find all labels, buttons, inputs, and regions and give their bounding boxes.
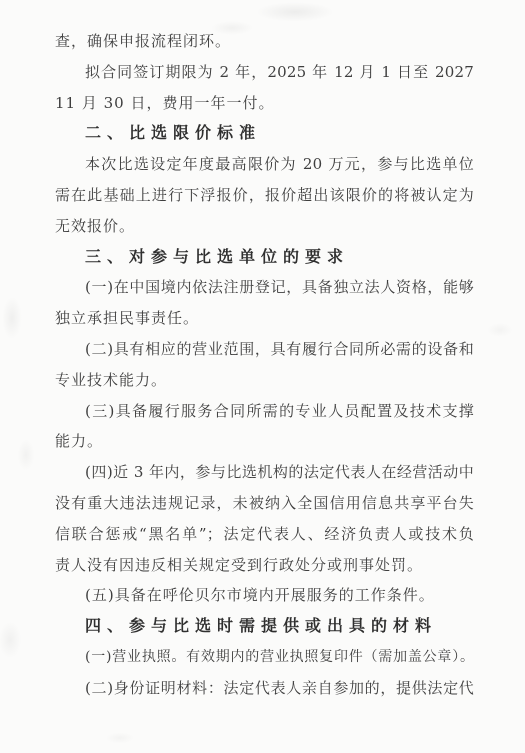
document-text-block: 查，确保申报流程闭环。拟合同签订期限为 2 年，2025 年 12 月 1 日至…: [55, 26, 474, 704]
document-line: (三)具备履行服务合同所需的专业人员配置及技术支撑: [55, 396, 474, 427]
document-line: 需在此基础上进行下浮报价，报价超出该限价的将被认定为: [55, 180, 474, 211]
document-line: (二)身份证明材料：法定代表人亲自参加的，提供法定代: [55, 673, 474, 704]
document-line: (一)营业执照。有效期内的营业执照复印件（需加盖公章）。: [55, 642, 474, 673]
document-line: 拟合同签订期限为 2 年，2025 年 12 月 1 日至 2027 年: [55, 57, 474, 88]
document-line: 查，确保申报流程闭环。: [55, 26, 474, 57]
document-line: 独立承担民事责任。: [55, 303, 474, 334]
document-line: (四)近 3 年内，参与比选机构的法定代表人在经营活动中: [55, 457, 474, 488]
section-heading: 二、比选限价标准: [55, 118, 474, 149]
scanned-document-page: { "document": { "background_color": "#fb…: [0, 0, 525, 753]
document-line: 无效报价。: [55, 211, 474, 242]
section-heading: 四、参与比选时需提供或出具的材料: [55, 611, 474, 642]
document-line: 信联合惩戒“黑名单”；法定代表人、经济负责人或技术负: [55, 519, 474, 550]
document-line: 专业技术能力。: [55, 365, 474, 396]
document-line: (二)具有相应的营业范围，具有履行合同所必需的设备和: [55, 334, 474, 365]
document-line: 能力。: [55, 426, 474, 457]
document-line: 11 月 30 日，费用一年一付。: [55, 88, 474, 119]
section-heading: 三、对参与比选单位的要求: [55, 242, 474, 273]
document-line: (一)在中国境内依法注册登记，具备独立法人资格，能够: [55, 272, 474, 303]
document-line: 没有重大违法违规记录，未被纳入全国信用信息共享平台失: [55, 488, 474, 519]
document-line: (五)具备在呼伦贝尔市境内开展服务的工作条件。: [55, 580, 474, 611]
document-line: 本次比选设定年度最高限价为 20 万元，参与比选单位: [55, 149, 474, 180]
document-line: 责人没有因违反相关规定受到行政处分或刑事处罚。: [55, 550, 474, 581]
